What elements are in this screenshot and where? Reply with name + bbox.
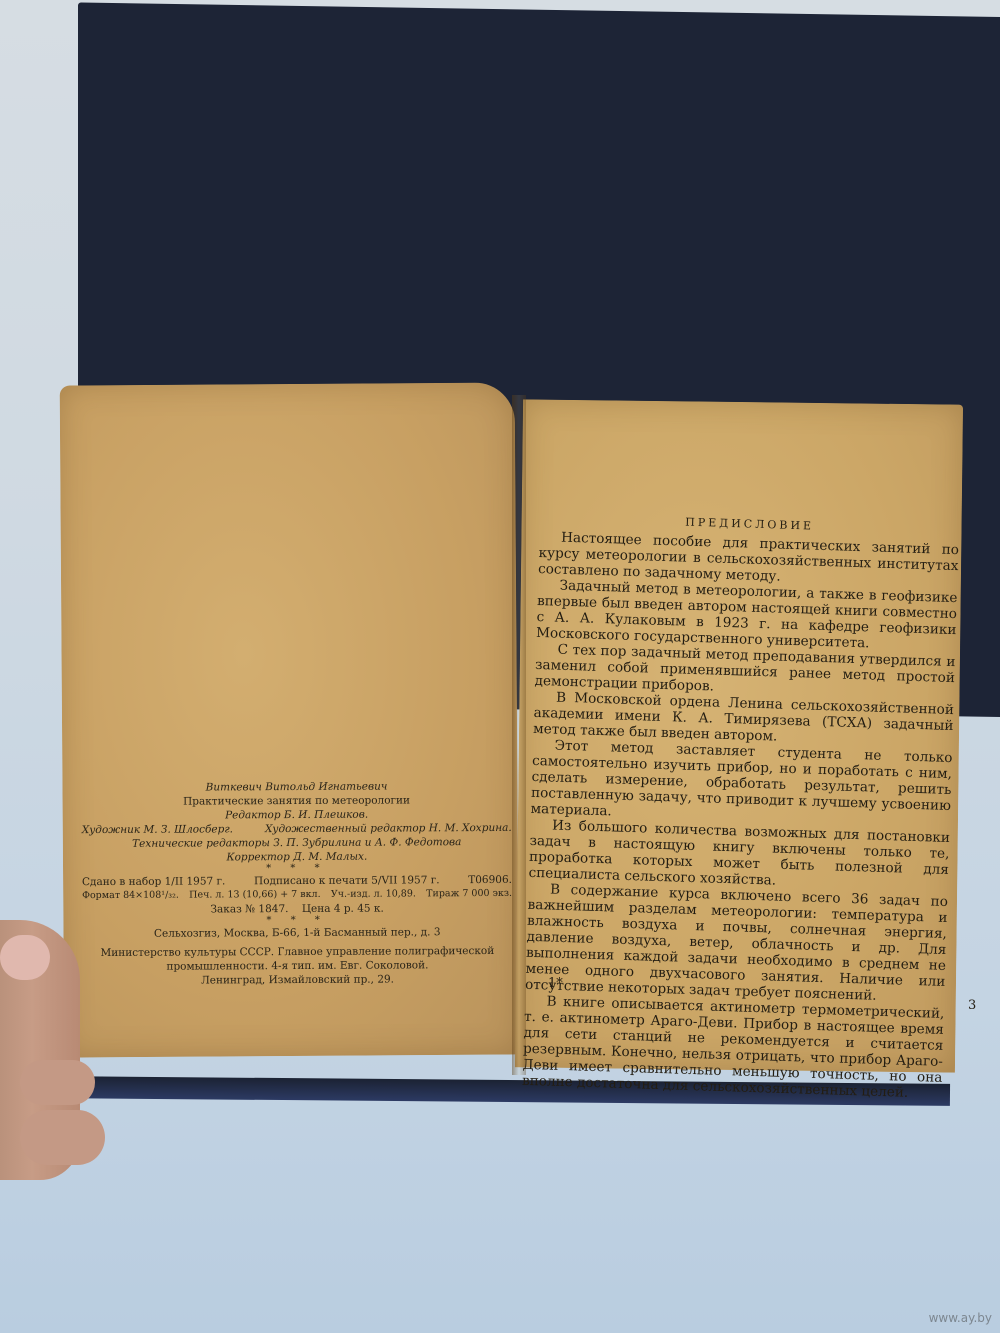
imprint-price: Цена 4 р. 45 к. [302,903,384,915]
imprint-art-editor: Художественный редактор Н. М. Хохрина. [265,821,512,836]
page-number: 3 [968,998,976,1013]
preface-paragraph: В содержание курса включено всего 36 зад… [525,881,948,1006]
hand-finger [20,1060,95,1105]
imprint-signed: Подписано к печати 5/VII 1957 г. [254,873,440,888]
preface-paragraph: Этот метод заставляет студента не только… [530,737,952,830]
thumbnail-nail [0,935,50,980]
imprint-print-run: Тираж 7 000 экз. [426,887,512,901]
imprint-tech-editors: Технические редакторы З. П. Зубрилина и … [82,835,512,851]
imprint-order: Заказ № 1847. [210,903,288,915]
imprint-code: Т06906. [468,873,512,887]
imprint-sheets: Печ. л. 13 (10,66) + 7 вкл. [189,888,321,903]
hand-finger [20,1110,105,1165]
imprint-typeset: Сдано в набор 1/II 1957 г. [82,874,225,889]
imprint-printer-3: Ленинград, Измайловский пр., 29. [82,972,512,988]
imprint-pub-sheets: Уч.-изд. л. 10,89. [331,887,416,901]
watermark: www.ay.by [929,1311,992,1325]
signature-mark: 1* [548,976,563,991]
preface-paragraph: В книге описывается актинометр термометр… [522,993,945,1102]
imprint-block: Виткевич Витольд Игнатьевич Практические… [81,779,512,988]
imprint-format: Формат 84×108¹/₃₂. [82,889,179,904]
book-gutter [512,395,526,1075]
preface-text: ПРЕДИСЛОВИЕ Настоящее пособие для практи… [522,510,960,1102]
imprint-artist: Художник М. З. Шлосберг. [82,822,233,837]
imprint-printer-1: Министерство культуры СССР. Главное упра… [82,944,512,960]
